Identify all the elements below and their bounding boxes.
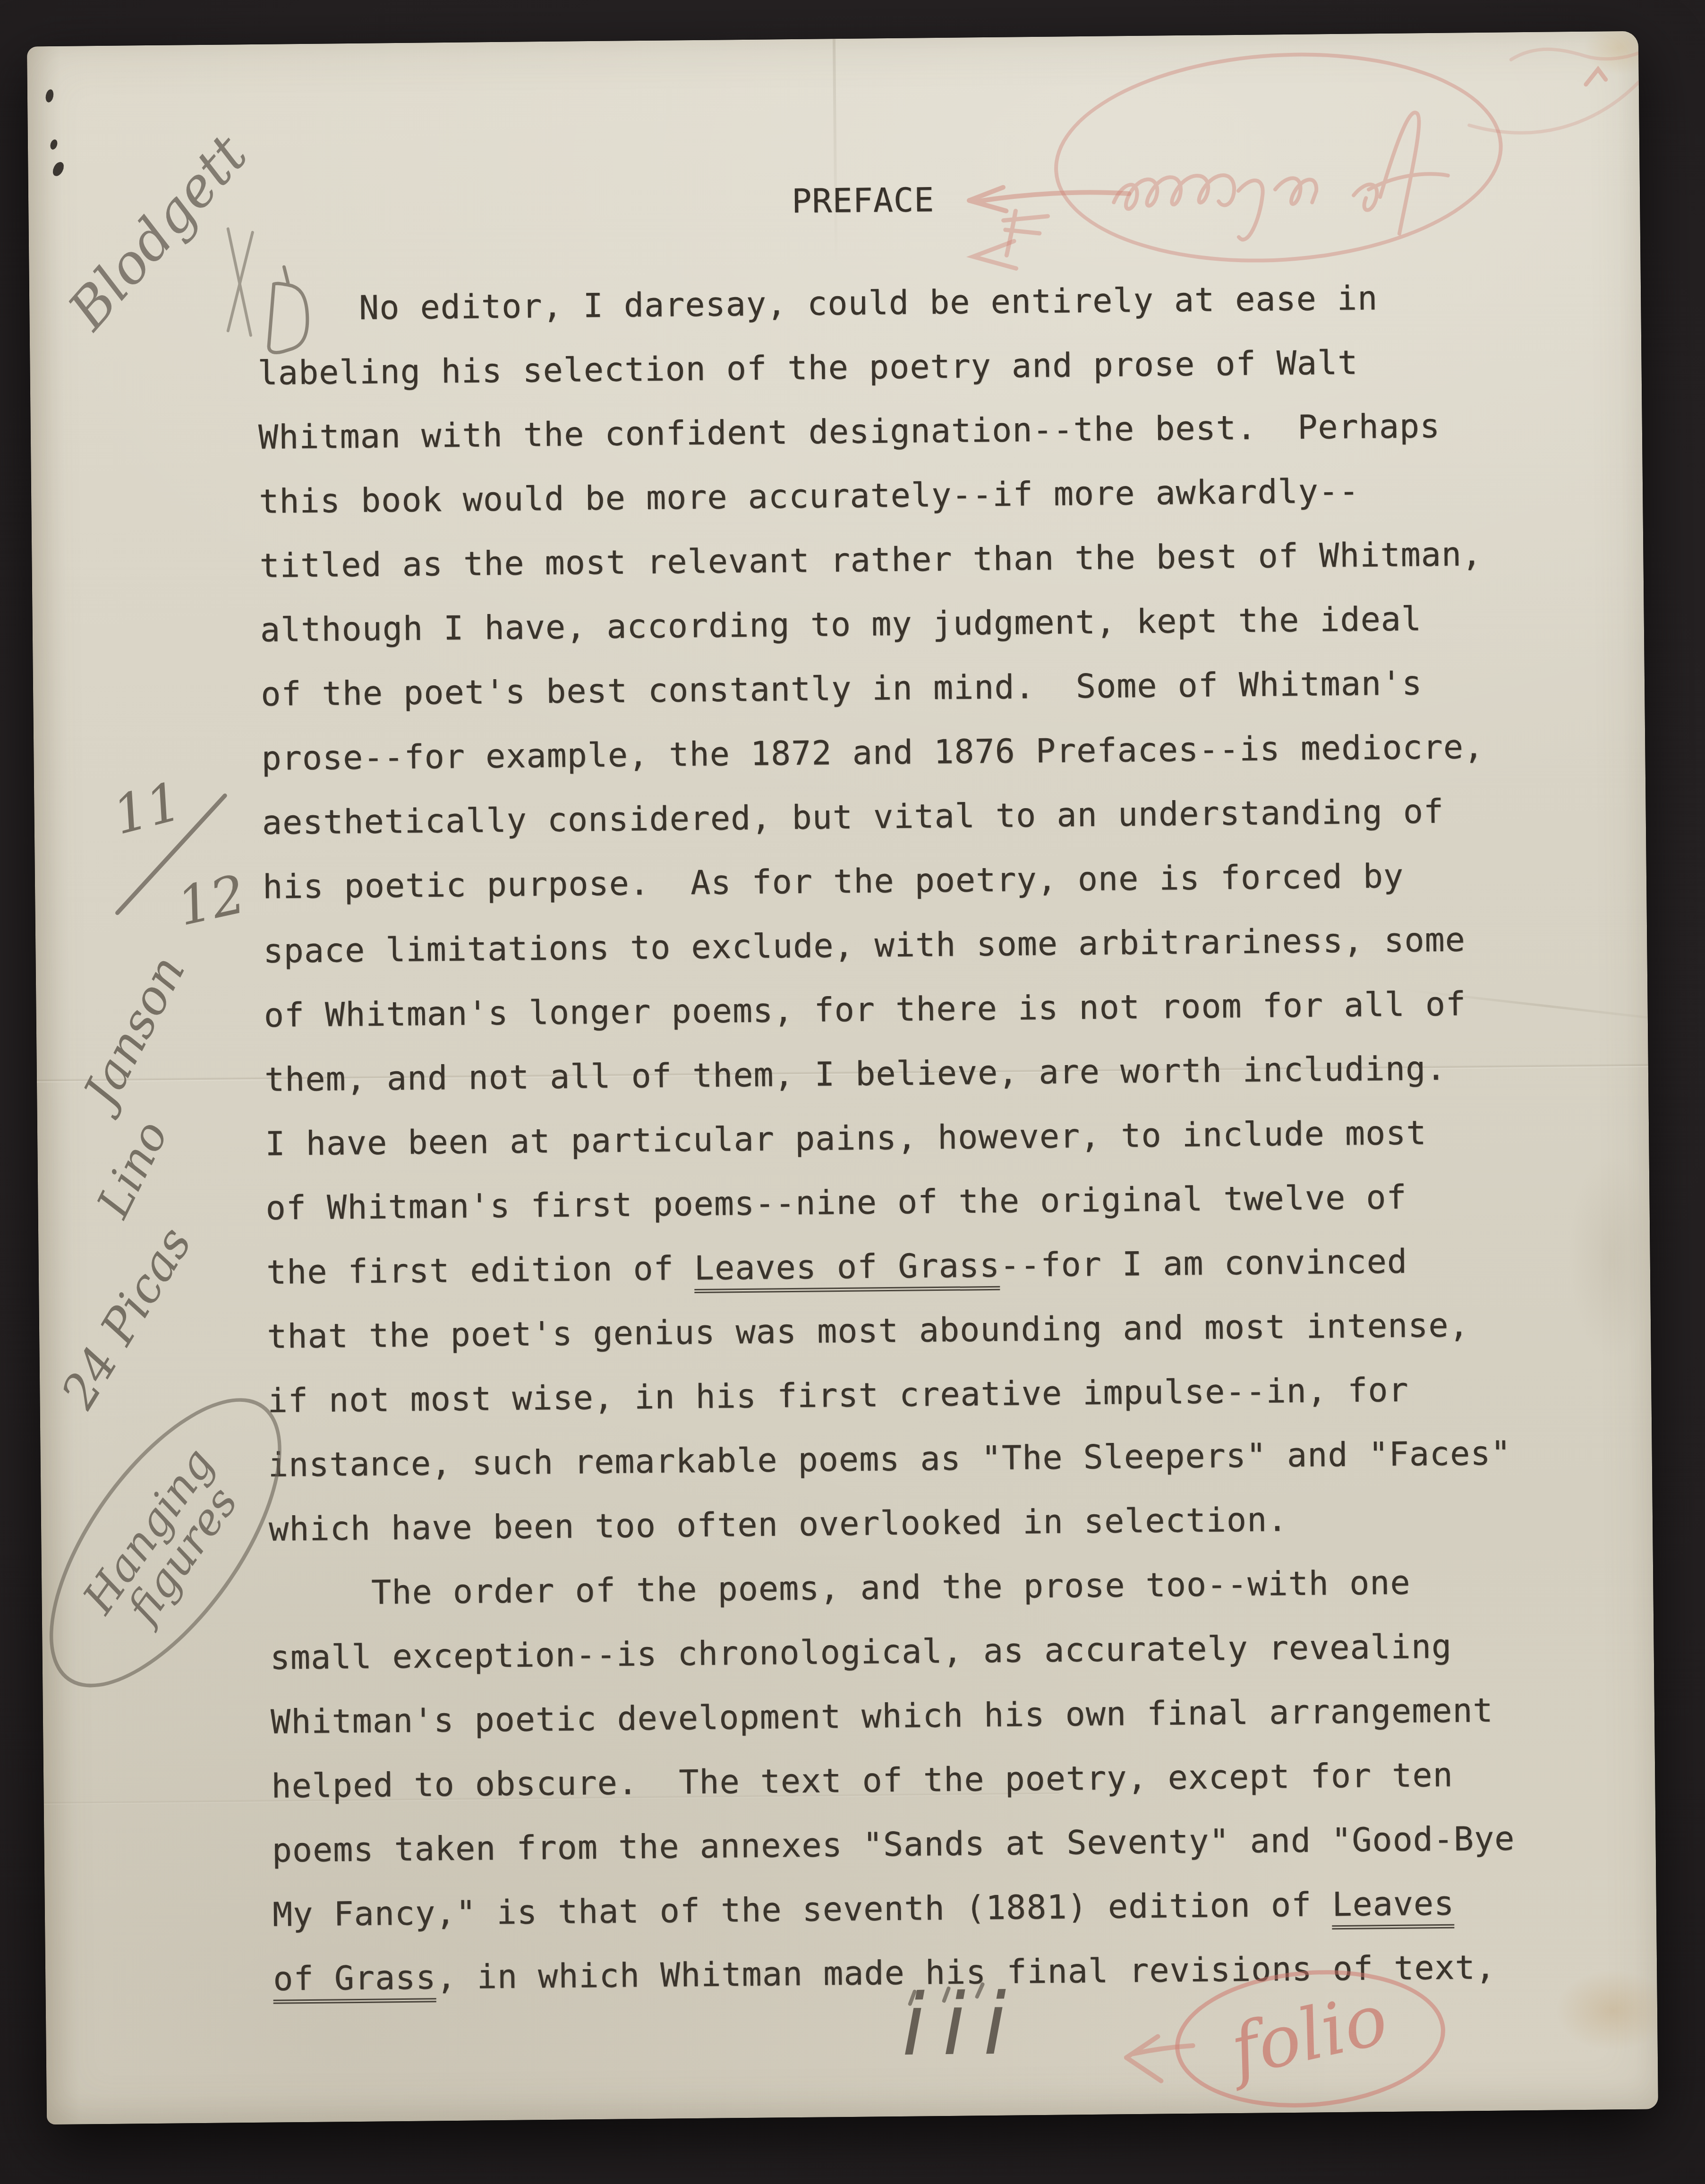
underlined-book-title: Leaves bbox=[1332, 1884, 1455, 1929]
fold-crease bbox=[833, 39, 838, 303]
typescript-line: that the poet's genius was most aboundin… bbox=[267, 1292, 1510, 1368]
red-chevron-mark bbox=[973, 241, 1016, 269]
typescript-text: although I have, according to my judgmen… bbox=[260, 599, 1422, 649]
typescript-body: No editor, I daresay, could be entirely … bbox=[257, 265, 1517, 2011]
typescript-text: No editor, I daresay, could be entirely … bbox=[257, 279, 1378, 328]
pencil-page-number: iii bbox=[901, 1982, 1024, 2068]
pencil-type-size-denominator: 12 bbox=[173, 868, 250, 934]
typescript-line: his poetic purpose. As for the poetry, o… bbox=[262, 843, 1506, 919]
typescript-text: instance, such remarkable poems as "The … bbox=[268, 1433, 1511, 1484]
stain-mark bbox=[1584, 31, 1655, 76]
typescript-line: My Fancy," is that of the seventh (1881)… bbox=[272, 1870, 1516, 1946]
typescript-line: of Whitman's first poems--nine of the or… bbox=[265, 1164, 1509, 1240]
typescript-line: Whitman's poetic development which his o… bbox=[270, 1678, 1514, 1754]
typescript-line: although I have, according to my judgmen… bbox=[260, 586, 1503, 662]
typescript-text: of Whitman's longer poems, for there is … bbox=[264, 984, 1466, 1034]
typescript-text: Whitman's poetic development which his o… bbox=[271, 1691, 1493, 1741]
typescript-text: of the poet's best constantly in mind. S… bbox=[261, 664, 1423, 714]
typescript-line: No editor, I daresay, could be entirely … bbox=[257, 265, 1500, 341]
paper-edge-shading bbox=[27, 46, 80, 2124]
typescript-line: the first edition of Leaves of Grass--fo… bbox=[266, 1228, 1509, 1304]
red-folio-arrow bbox=[1126, 2036, 1193, 2081]
red-arrow-icon bbox=[969, 186, 1129, 211]
typescript-text: titled as the most relevant rather than … bbox=[259, 535, 1482, 585]
typescript-line: small exception--is chronological, as ac… bbox=[270, 1613, 1513, 1689]
typescript-line: of the poet's best constantly in mind. S… bbox=[260, 650, 1504, 726]
stain-mark bbox=[1568, 1155, 1655, 1359]
typescript-line: titled as the most relevant rather than … bbox=[259, 522, 1503, 598]
typescript-text: --for I am convinced bbox=[1000, 1242, 1408, 1285]
typescript-text: My Fancy," is that of the seventh (1881)… bbox=[273, 1885, 1332, 1934]
stain-mark bbox=[1556, 1970, 1658, 2051]
typescript-text: helped to obscure. The text of the poetr… bbox=[271, 1756, 1453, 1806]
typescript-line: Whitman with the confident designation--… bbox=[258, 393, 1501, 469]
typescript-text: that the poet's genius was most aboundin… bbox=[267, 1305, 1469, 1356]
typescript-line: of Grass, in which Whitman made his fina… bbox=[273, 1935, 1517, 2011]
typescript-text: poems taken from the annexes "Sands at S… bbox=[272, 1819, 1515, 1869]
typescript-text: his poetic purpose. As for the poetry, o… bbox=[263, 857, 1404, 906]
page-title: PREFACE bbox=[792, 183, 935, 218]
red-corner-scrawl bbox=[1468, 48, 1647, 133]
red-space-hash-mark bbox=[1003, 211, 1048, 256]
pencil-measure-note: 24 Picas bbox=[54, 1220, 199, 1416]
typescript-line: which have been too often overlooked in … bbox=[268, 1485, 1512, 1561]
typescript-text: the first edition of bbox=[266, 1249, 695, 1292]
typescript-text: Whitman with the confident designation--… bbox=[258, 407, 1441, 457]
pencil-x-mark bbox=[227, 229, 254, 336]
typescript-line: prose--for example, the 1872 and 1876 Pr… bbox=[261, 715, 1505, 791]
red-oval-scrawl bbox=[1113, 112, 1449, 241]
typescript-line: space limitations to exclude, with some … bbox=[263, 907, 1507, 983]
typescript-line: labeling his selection of the poetry and… bbox=[257, 329, 1501, 405]
typescript-line: helped to obscure. The text of the poetr… bbox=[271, 1742, 1515, 1818]
typescript-text: this book would be more accurately--if m… bbox=[259, 471, 1359, 520]
typescript-line: poems taken from the annexes "Sands at S… bbox=[272, 1806, 1515, 1882]
typescript-text: if not most wise, in his first creative … bbox=[267, 1371, 1409, 1420]
red-oval-annotation bbox=[1048, 40, 1509, 275]
typescript-text: labeling his selection of the poetry and… bbox=[257, 343, 1358, 392]
typescript-text: I have been at particular pains, however… bbox=[265, 1113, 1427, 1163]
manuscript-page: PREFACE No editor, I daresay, could be e… bbox=[27, 31, 1658, 2125]
pencil-linotype-note: Lino bbox=[91, 1114, 175, 1224]
typescript-line: this book would be more accurately--if m… bbox=[259, 458, 1502, 534]
pencil-name-annotation: Blodgett bbox=[60, 126, 256, 339]
typescript-text: The order of the poems, and the prose to… bbox=[269, 1563, 1411, 1613]
typescript-line: aesthetically considered, but vital to a… bbox=[262, 779, 1505, 855]
typescript-line: if not most wise, in his first creative … bbox=[267, 1356, 1511, 1433]
typescript-text: which have been too often overlooked in … bbox=[269, 1500, 1288, 1549]
typescript-text: space limitations to exclude, with some … bbox=[263, 920, 1466, 970]
typescript-line: them, and not all of them, I believe, ar… bbox=[264, 1035, 1508, 1111]
typescript-line: instance, such remarkable poems as "The … bbox=[268, 1421, 1511, 1497]
underlined-book-title: of Grass bbox=[273, 1958, 436, 2004]
typescript-text: of Whitman's first poems--nine of the or… bbox=[265, 1178, 1407, 1228]
pencil-type-size-numerator: 11 bbox=[108, 775, 187, 843]
typescript-text: aesthetically considered, but vital to a… bbox=[262, 792, 1444, 842]
pencil-typeface-note: Janson bbox=[77, 949, 192, 1113]
underlined-book-title: Leaves of Grass bbox=[694, 1246, 1000, 1293]
typescript-line: of Whitman's longer poems, for there is … bbox=[264, 971, 1507, 1047]
typescript-text: small exception--is chronological, as ac… bbox=[270, 1627, 1452, 1677]
typescript-text: prose--for example, the 1872 and 1876 Pr… bbox=[261, 727, 1484, 778]
typescript-line: The order of the poems, and the prose to… bbox=[269, 1549, 1513, 1625]
typescript-text: them, and not all of them, I believe, ar… bbox=[264, 1049, 1447, 1099]
typescript-line: I have been at particular pains, however… bbox=[265, 1100, 1509, 1176]
scan-scene: { "document": { "title": "PREFACE", "pag… bbox=[0, 0, 1705, 2184]
